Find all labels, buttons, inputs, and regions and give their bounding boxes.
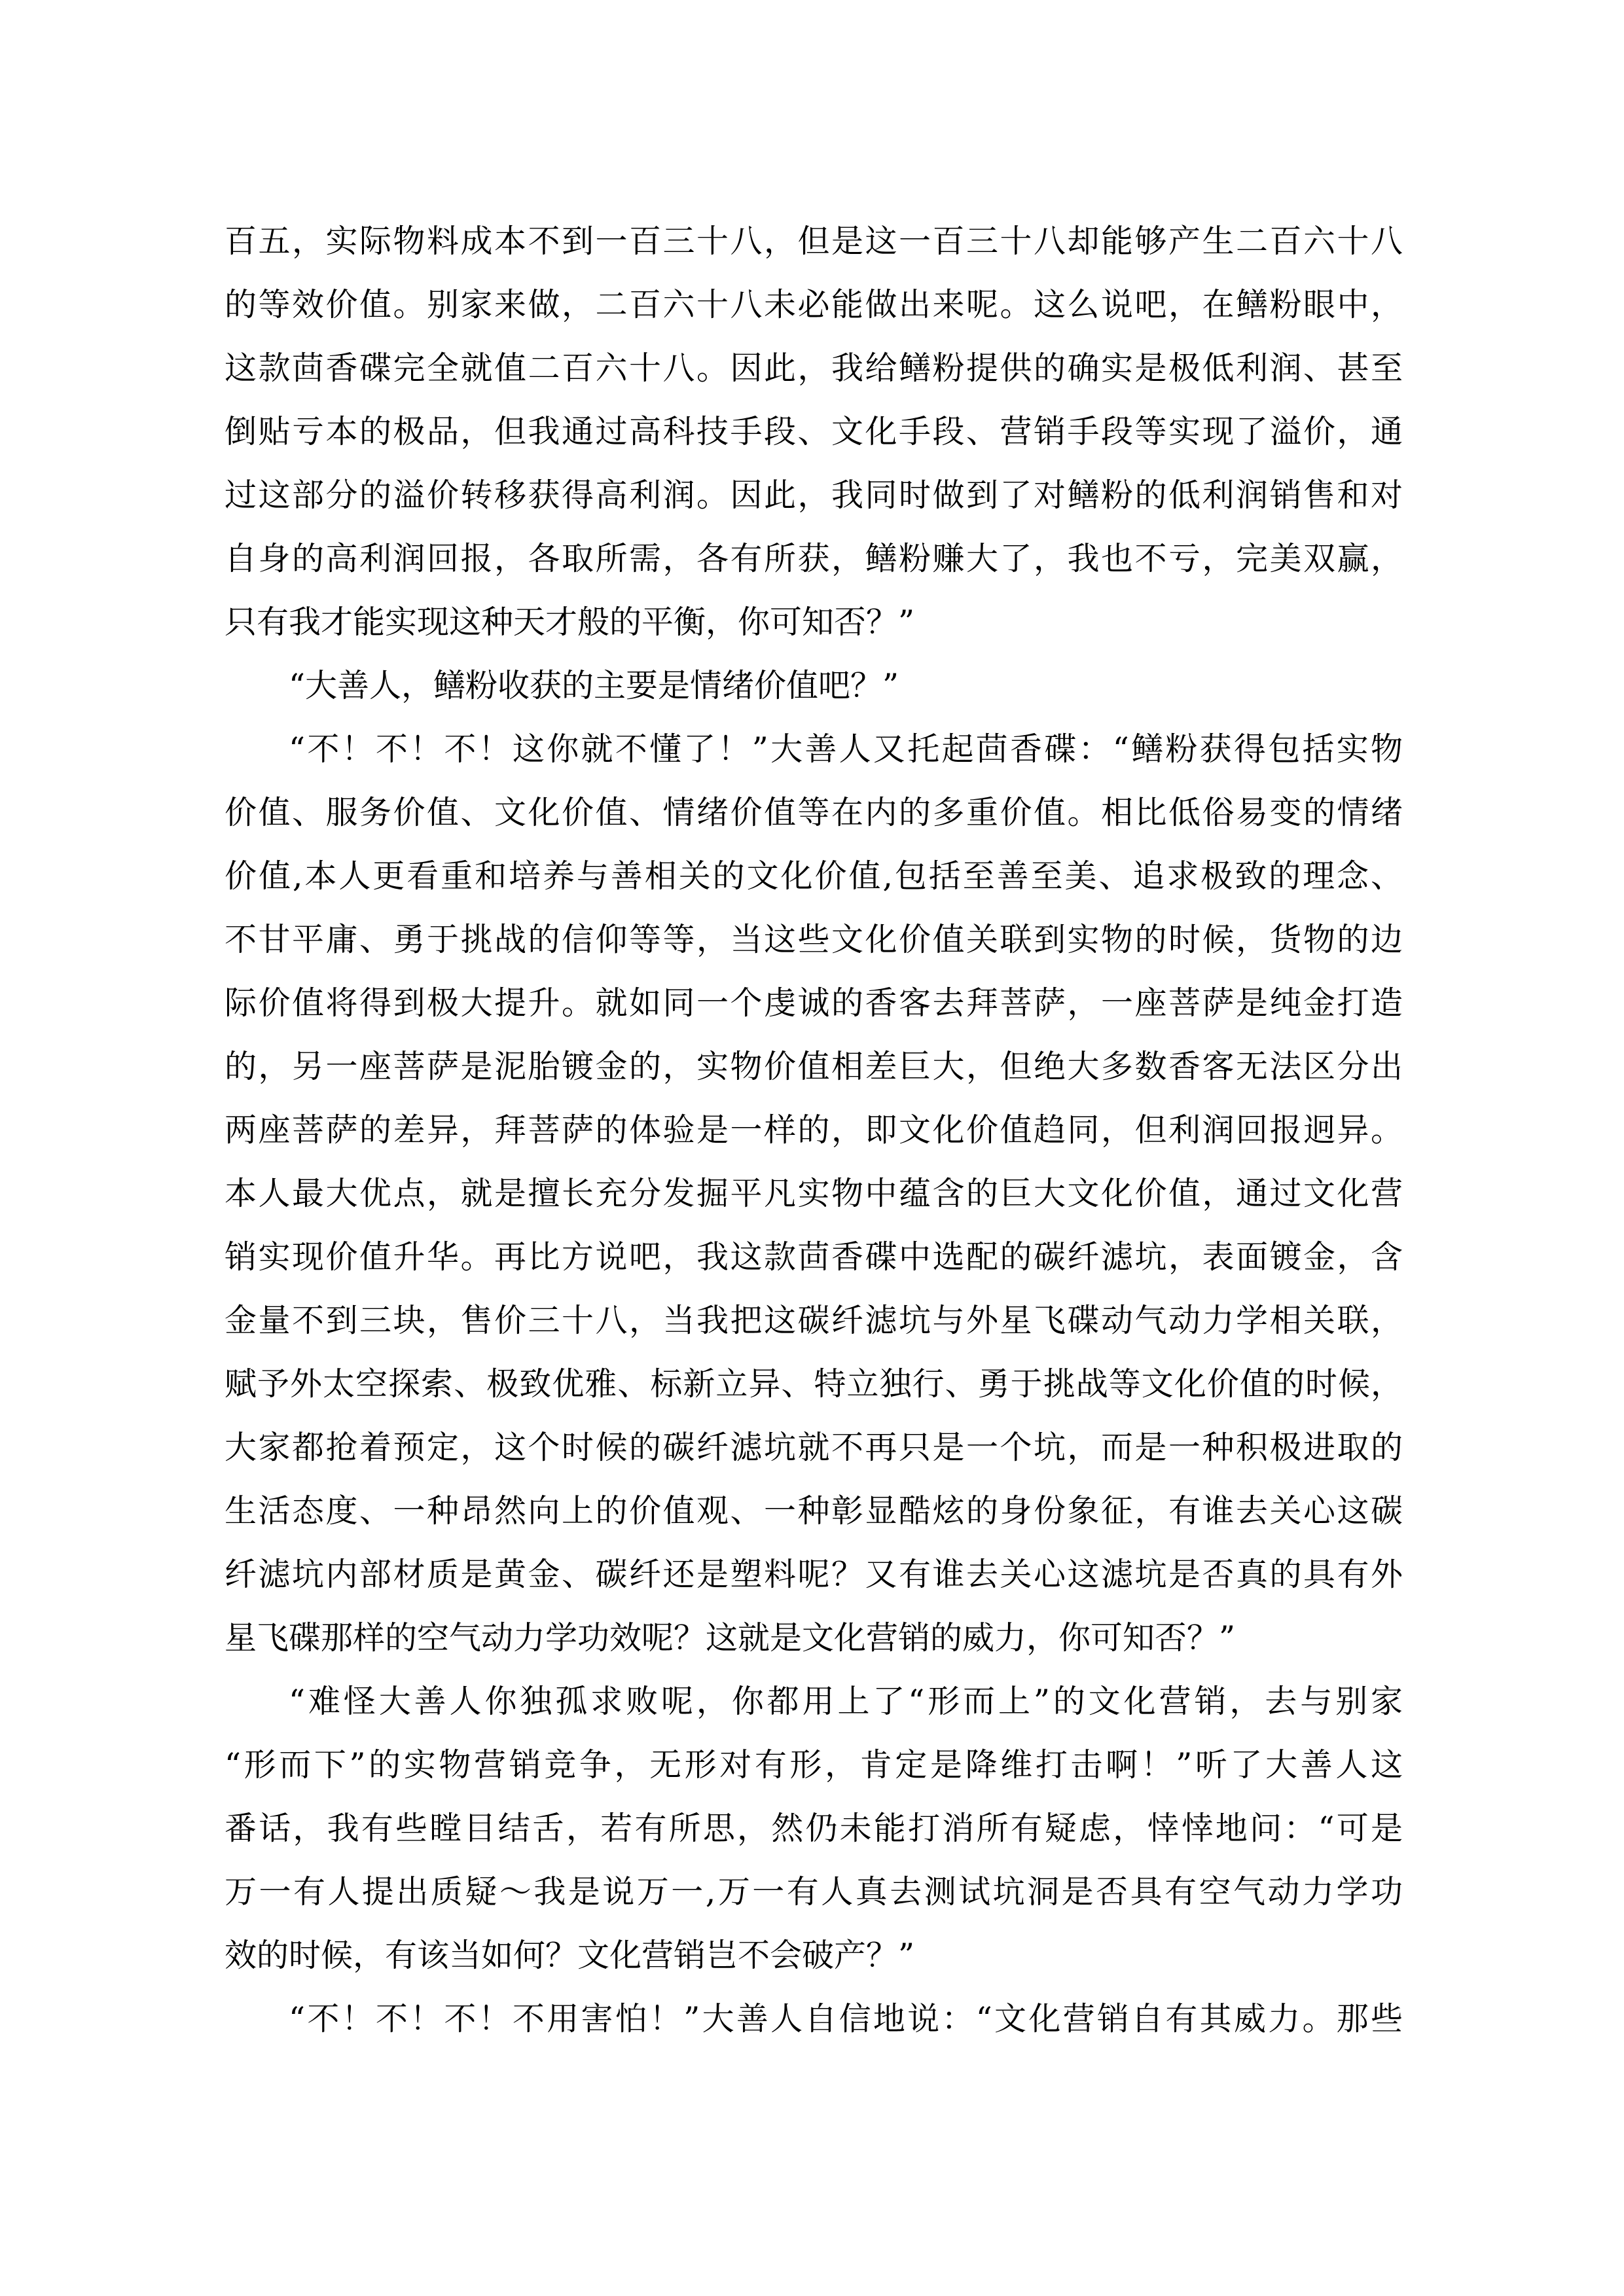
text-line: 不甘平庸、勇于挑战的信仰等等，当这些文化价值关联到实物的时候，货物的边 — [225, 908, 1403, 971]
text-line: “难怪大善人你独孤求败呢，你都用上了“形而上”的文化营销，去与别家 — [225, 1670, 1403, 1733]
text-line: 纤滤坑内部材质是黄金、碳纤还是塑料呢？又有谁去关心这滤坑是否真的具有外 — [225, 1543, 1403, 1606]
text-line: 金量不到三块，售价三十八，当我把这碳纤滤坑与外星飞碟动气动力学相关联， — [225, 1289, 1403, 1352]
text-line: 生活态度、一种昂然向上的价值观、一种彰显酷炫的身份象征，有谁去关心这碳 — [225, 1479, 1403, 1543]
text-line: 的，另一座菩萨是泥胎镀金的，实物价值相差巨大，但绝大多数香客无法区分出 — [225, 1035, 1403, 1098]
text-line: “不！不！不！这你就不懂了！”大善人又托起茴香碟：“鳝粉获得包括实物 — [225, 717, 1403, 781]
text-line: 星飞碟那样的空气动力学功效呢？这就是文化营销的威力，你可知否？” — [225, 1606, 1403, 1670]
text-line: 两座菩萨的差异，拜菩萨的体验是一样的，即文化价值趋同，但利润回报迥异。 — [225, 1098, 1403, 1162]
text-line: “形而下”的实物营销竞争，无形对有形，肯定是降维打击啊！”听了大善人这 — [225, 1733, 1403, 1797]
text-line: 销实现价值升华。再比方说吧，我这款茴香碟中选配的碳纤滤坑，表面镀金，含 — [225, 1225, 1403, 1289]
text-line: 效的时候，有该当如何？文化营销岂不会破产？” — [225, 1924, 1403, 1987]
text-line: 本人最大优点，就是擅长充分发掘平凡实物中蕴含的巨大文化价值，通过文化营 — [225, 1162, 1403, 1225]
document-page: 百五，实际物料成本不到一百三十八，但是这一百三十八却能够产生二百六十八的等效价值… — [0, 0, 1624, 2296]
text-line: 百五，实际物料成本不到一百三十八，但是这一百三十八却能够产生二百六十八 — [225, 209, 1403, 273]
text-line: 价值、服务价值、文化价值、情绪价值等在内的多重价值。相比低俗易变的情绪 — [225, 781, 1403, 844]
text-line: 大家都抢着预定，这个时候的碳纤滤坑就不再只是一个坑，而是一种积极进取的 — [225, 1416, 1403, 1479]
text-line: “不！不！不！不用害怕！”大善人自信地说：“文化营销自有其威力。那些 — [225, 1987, 1403, 2051]
text-line: 过这部分的溢价转移获得高利润。因此，我同时做到了对鳝粉的低利润销售和对 — [225, 463, 1403, 527]
text-line: 只有我才能实现这种天才般的平衡，你可知否？” — [225, 590, 1403, 654]
text-line: “大善人，鳝粉收获的主要是情绪价值吧？” — [225, 654, 1403, 717]
text-line: 番话，我有些瞠目结舌，若有所思，然仍未能打消所有疑虑，悻悻地问：“可是 — [225, 1797, 1403, 1860]
text-line: 万一有人提出质疑～我是说万一,万一有人真去测试坑洞是否具有空气动力学功 — [225, 1860, 1403, 1924]
text-line: 倒贴亏本的极品，但我通过高科技手段、文化手段、营销手段等实现了溢价，通 — [225, 400, 1403, 463]
text-line: 的等效价值。别家来做，二百六十八未必能做出来呢。这么说吧，在鳝粉眼中， — [225, 273, 1403, 336]
text-block: 百五，实际物料成本不到一百三十八，但是这一百三十八却能够产生二百六十八的等效价值… — [225, 209, 1403, 2051]
text-line: 际价值将得到极大提升。就如同一个虔诚的香客去拜菩萨，一座菩萨是纯金打造 — [225, 971, 1403, 1035]
text-line: 自身的高利润回报，各取所需，各有所获，鳝粉赚大了，我也不亏，完美双赢， — [225, 527, 1403, 590]
text-line: 赋予外太空探索、极致优雅、标新立异、特立独行、勇于挑战等文化价值的时候， — [225, 1352, 1403, 1416]
text-line: 价值,本人更看重和培养与善相关的文化价值,包括至善至美、追求极致的理念、 — [225, 844, 1403, 908]
text-line: 这款茴香碟完全就值二百六十八。因此，我给鳝粉提供的确实是极低利润、甚至 — [225, 336, 1403, 400]
